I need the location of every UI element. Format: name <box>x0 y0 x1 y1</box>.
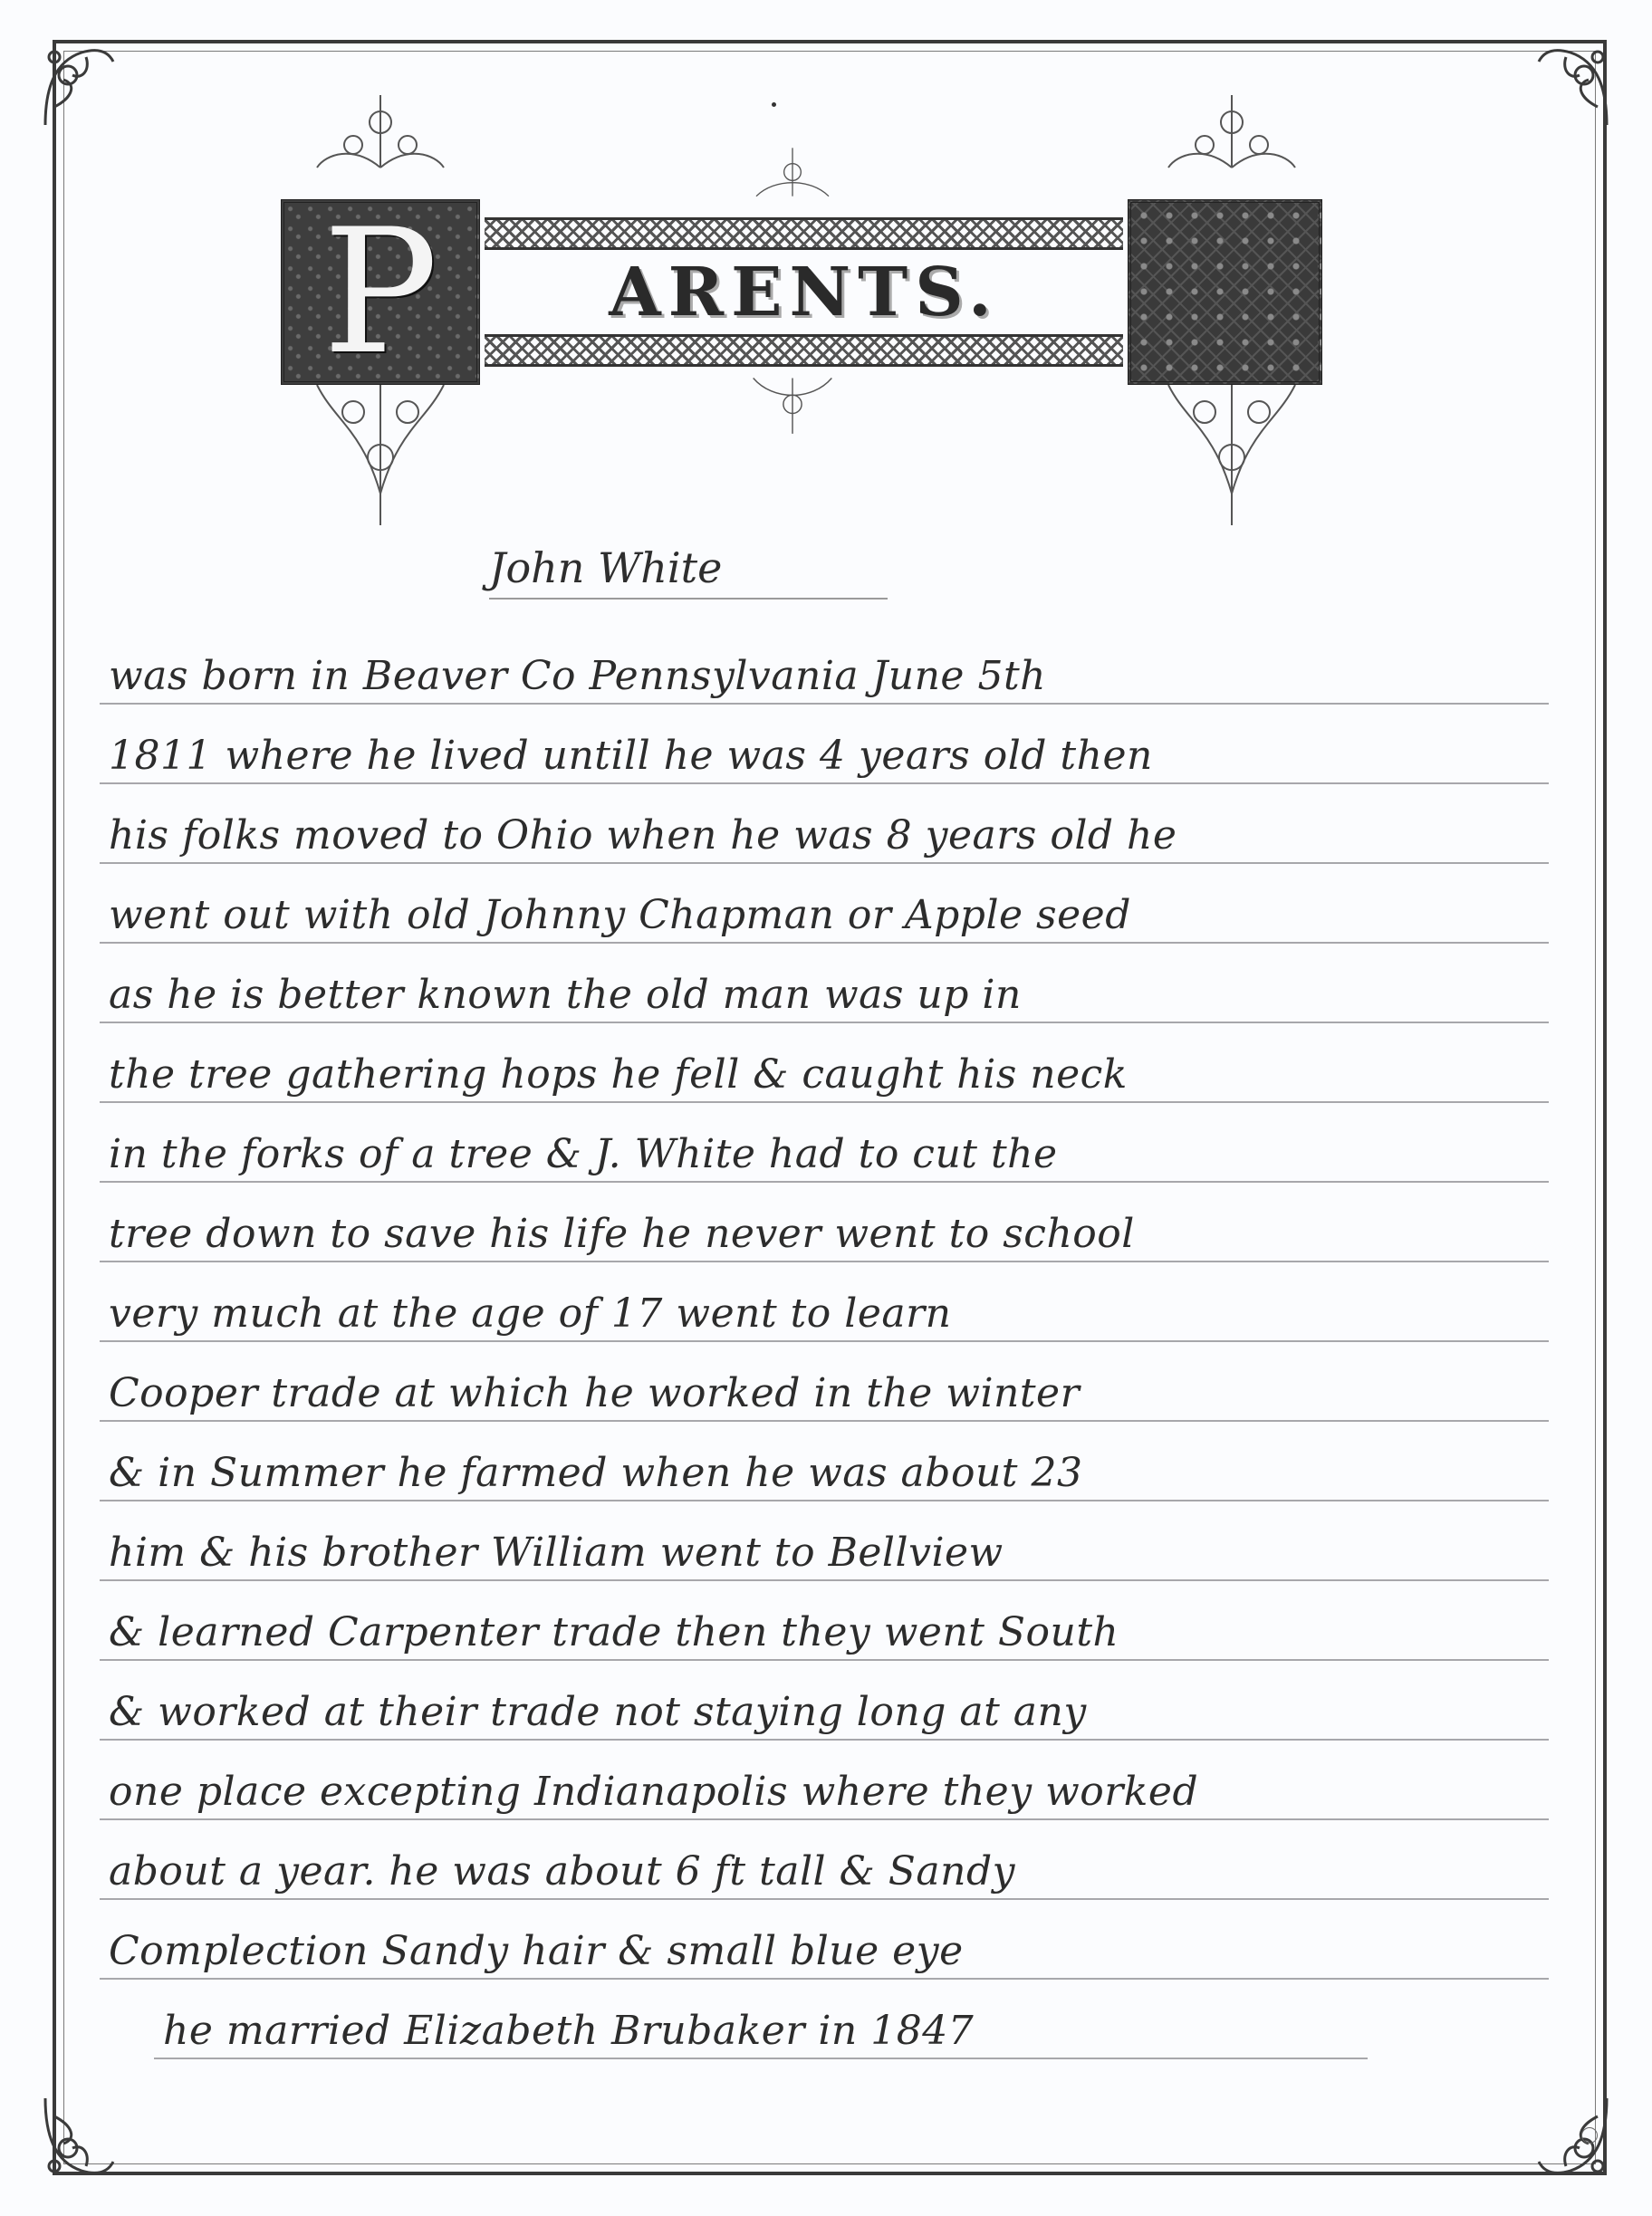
banner-pattern-bottom <box>485 334 1123 367</box>
text-line: was born in Beaver Co Pennsylvania June … <box>100 625 1549 705</box>
text-line: in the forks of a tree & J. White had to… <box>100 1103 1549 1183</box>
text-line: as he is better known the old man was up… <box>100 944 1549 1023</box>
filigree-ornament-center-bottom <box>734 376 851 439</box>
corner-ornament-bottom-left <box>36 2089 118 2189</box>
text-line: his folks moved to Ohio when he was 8 ye… <box>100 784 1549 864</box>
corner-ornament-top-right <box>1534 34 1616 134</box>
title-banner: ARENTS. <box>485 217 1123 367</box>
text-line: went out with old Johnny Chapman or Appl… <box>100 864 1549 944</box>
filigree-ornament-center-top <box>725 145 860 199</box>
filigree-pattern-box <box>1128 199 1322 385</box>
text-line: & worked at their trade not staying long… <box>100 1661 1549 1741</box>
banner-pattern-top <box>485 217 1123 250</box>
text-line: the tree gathering hops he fell & caught… <box>100 1023 1549 1103</box>
corner-ornament-top-left <box>36 34 118 134</box>
page-mark-circle <box>1581 2127 1598 2144</box>
text-line: about a year. he was about 6 ft tall & S… <box>100 1820 1549 1900</box>
text-line: Complection Sandy hair & small blue eye <box>100 1900 1549 1980</box>
text-line: Cooper trade at which he worked in the w… <box>100 1342 1549 1422</box>
initial-letter-box: P <box>281 199 480 385</box>
filigree-ornament-left-top <box>299 91 462 172</box>
filigree-ornament-left-bottom <box>299 385 462 530</box>
text-line: tree down to save his life he never went… <box>100 1183 1549 1262</box>
text-line: & learned Carpenter trade then they went… <box>100 1581 1549 1661</box>
text-line: he married Elizabeth Brubaker in 1847 <box>154 1980 1368 2059</box>
filigree-ornament-right-bottom <box>1150 385 1313 530</box>
subject-name: John White <box>489 543 888 600</box>
title-initial: P <box>322 206 438 379</box>
filigree-ornament-right-top <box>1150 91 1313 172</box>
corner-ornament-bottom-right <box>1534 2089 1616 2189</box>
parents-header: P ARENTS. <box>281 172 1368 389</box>
text-line: him & his brother William went to Bellvi… <box>100 1501 1549 1581</box>
text-line: 1811 where he lived untill he was 4 year… <box>100 705 1549 784</box>
text-line: & in Summer he farmed when he was about … <box>100 1422 1549 1501</box>
ink-speck <box>772 102 776 107</box>
page-title: ARENTS. <box>485 255 1123 330</box>
text-line: one place excepting Indianapolis where t… <box>100 1741 1549 1820</box>
handwritten-lines: was born in Beaver Co Pennsylvania June … <box>100 625 1549 2059</box>
text-line: very much at the age of 17 went to learn <box>100 1262 1549 1342</box>
